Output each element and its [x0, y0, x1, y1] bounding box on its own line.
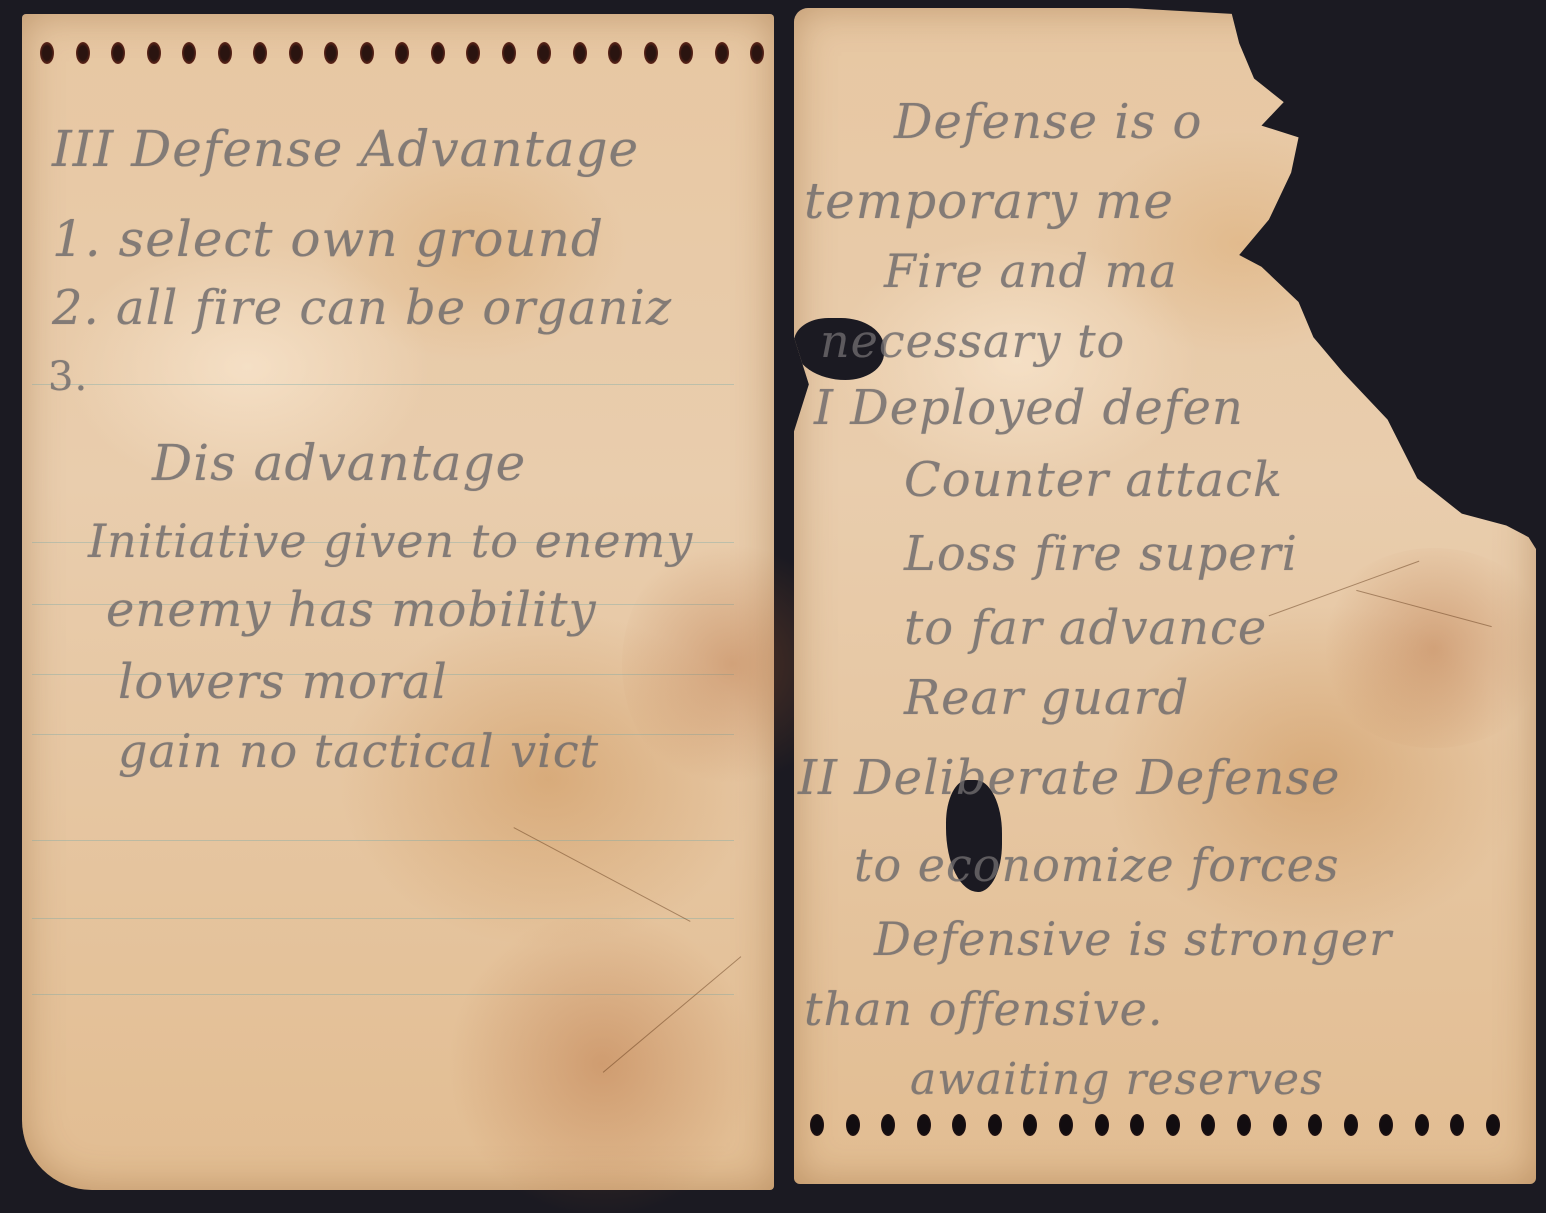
note-line: 1. select own ground	[52, 210, 604, 268]
binding-hole	[1237, 1114, 1251, 1136]
binding-hole	[715, 42, 729, 64]
binding-hole	[810, 1114, 824, 1136]
note-line: Fire and ma	[884, 244, 1178, 298]
binding-hole	[40, 42, 54, 64]
binding-hole	[573, 42, 587, 64]
note-line: 3.	[48, 354, 88, 400]
binding-hole	[1308, 1114, 1322, 1136]
paper-crack	[513, 827, 690, 922]
binding-hole	[750, 42, 764, 64]
left-notebook-page: III Defense Advantage 1. select own grou…	[22, 14, 774, 1190]
binding-hole	[1486, 1114, 1500, 1136]
binding-hole	[1023, 1114, 1037, 1136]
note-line: Counter attack	[904, 452, 1283, 508]
note-line: lowers moral	[118, 654, 448, 710]
binding-hole	[952, 1114, 966, 1136]
binding-hole	[289, 42, 303, 64]
binding-hole	[76, 42, 90, 64]
note-line: gain no tactical vict	[118, 724, 599, 778]
binding-hole	[1095, 1114, 1109, 1136]
binding-hole	[395, 42, 409, 64]
binding-hole	[679, 42, 693, 64]
binding-hole	[988, 1114, 1002, 1136]
note-line: to far advance	[904, 600, 1267, 656]
binding-hole	[1059, 1114, 1073, 1136]
binding-hole	[1415, 1114, 1429, 1136]
note-line: temporary me	[804, 172, 1174, 230]
binding-hole	[218, 42, 232, 64]
note-line: Rear guard	[904, 670, 1189, 726]
ruled-line	[32, 384, 734, 385]
binding-hole	[1450, 1114, 1464, 1136]
note-line: Defensive is stronger	[874, 912, 1392, 966]
binding-hole	[1166, 1114, 1180, 1136]
binding-hole	[881, 1114, 895, 1136]
water-stain	[1314, 548, 1546, 748]
note-line: necessary to	[820, 314, 1125, 368]
binding-hole	[608, 42, 622, 64]
binding-holes-left	[22, 42, 774, 64]
binding-hole	[324, 42, 338, 64]
binding-holes-right	[794, 1114, 1536, 1136]
binding-hole	[111, 42, 125, 64]
subheading-disadvantage: Dis advantage	[152, 434, 526, 492]
binding-hole	[360, 42, 374, 64]
binding-hole	[1344, 1114, 1358, 1136]
heading-deliberate-defense: II Deliberate Defense	[798, 750, 1340, 806]
right-notebook-page: Defense is o temporary me Fire and ma ne…	[794, 8, 1536, 1184]
heading-defense-advantage: III Defense Advantage	[52, 120, 639, 178]
note-line: Initiative given to enemy	[88, 514, 693, 568]
note-line: 2. all fire can be organiz	[52, 280, 672, 336]
binding-hole	[1201, 1114, 1215, 1136]
binding-hole	[431, 42, 445, 64]
note-line: to economize forces	[854, 838, 1340, 892]
binding-hole	[1379, 1114, 1393, 1136]
binding-hole	[253, 42, 267, 64]
ruled-line	[32, 840, 734, 841]
binding-hole	[147, 42, 161, 64]
binding-hole	[846, 1114, 860, 1136]
binding-hole	[644, 42, 658, 64]
binding-hole	[537, 42, 551, 64]
binding-hole	[917, 1114, 931, 1136]
note-line: awaiting reserves	[910, 1054, 1324, 1105]
note-line: Loss fire superi	[904, 526, 1298, 582]
note-line: Defense is o	[894, 94, 1202, 150]
binding-hole	[1273, 1114, 1287, 1136]
note-line: than offensive.	[804, 982, 1164, 1036]
binding-hole	[1130, 1114, 1144, 1136]
water-stain	[442, 914, 762, 1213]
binding-hole	[466, 42, 480, 64]
binding-hole	[182, 42, 196, 64]
heading-deployed-defense: I Deployed defen	[814, 380, 1244, 436]
note-line: enemy has mobility	[106, 582, 597, 638]
binding-hole	[502, 42, 516, 64]
